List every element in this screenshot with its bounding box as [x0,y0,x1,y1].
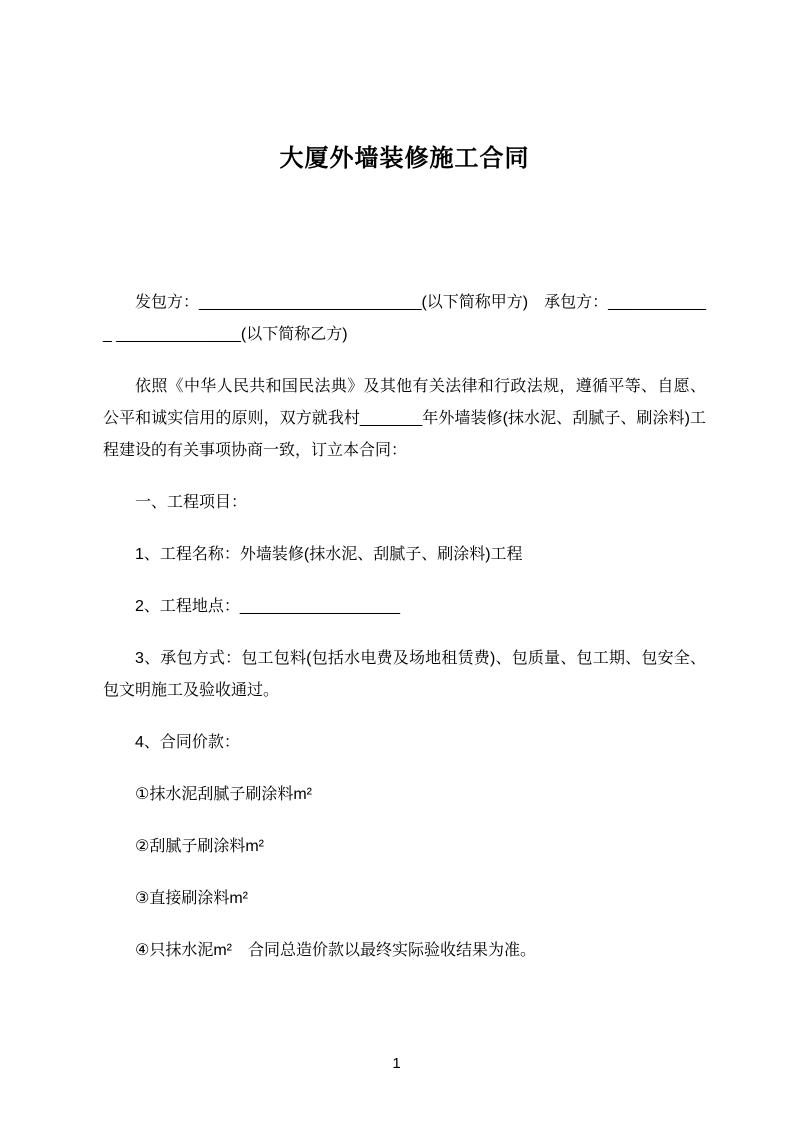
parties-line: 发包方：_________________________(以下简称甲方) 承包… [103,287,706,351]
page-number: 1 [0,1054,793,1074]
clause-contracting-mode: 3、承包方式：包工包料(包括水电费及场地租赁费)、包质量、包工期、包安全、包文明… [103,643,706,707]
clause-project-name: 1、工程名称：外墙装修(抹水泥、刮腻子、刷涂料)工程 [103,539,706,571]
price-item-3: ③直接刷涂料m² [103,883,706,915]
clause-contract-price: 4、合同价款： [103,727,706,759]
price-item-4: ④只抹水泥m² 合同总造价款以最终实际验收结果为准。 [103,935,706,967]
price-item-1: ①抹水泥刮腻子刷涂料m² [103,779,706,811]
document-page: 大厦外墙装修施工合同 发包方：_________________________… [0,0,793,1122]
preamble-paragraph: 依照《中华人民共和国民法典》及其他有关法律和行政法规，遵循平等、自愿、公平和诚实… [103,371,706,467]
section-heading-engineering-items: 一、工程项目： [103,487,706,519]
clause-project-location: 2、工程地点：__________________ [103,591,706,623]
price-item-2: ②刮腻子刷涂料m² [103,831,706,863]
document-title: 大厦外墙装修施工合同 [103,143,706,175]
